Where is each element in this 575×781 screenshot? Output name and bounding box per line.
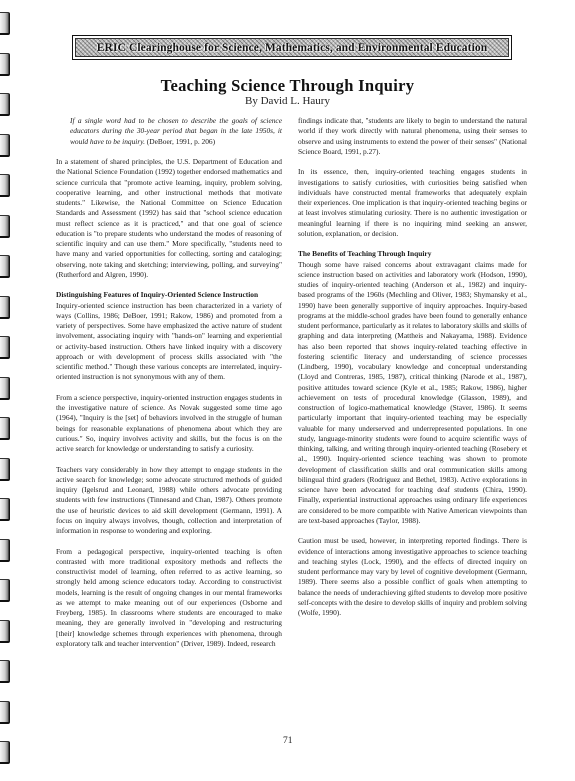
paragraph: Though some have raised concerns about e… bbox=[298, 260, 527, 525]
article-byline: By David L. Haury bbox=[0, 95, 575, 107]
paragraph: Caution must be used, however, in interp… bbox=[298, 536, 527, 618]
paragraph: In a statement of shared principles, the… bbox=[56, 157, 282, 280]
binding-tab-icon bbox=[0, 53, 10, 76]
left-column: If a single word had to be chosen to des… bbox=[56, 116, 282, 659]
paragraph: In its essence, then, inquiry-oriented t… bbox=[298, 167, 527, 239]
right-column: findings indicate that, "students are li… bbox=[298, 116, 527, 629]
epigraph: If a single word had to be chosen to des… bbox=[56, 116, 282, 147]
epigraph-citation: (DeBoer, 1991, p. 206) bbox=[147, 137, 215, 146]
binding-tab-icon bbox=[0, 701, 10, 724]
eric-banner: ERIC Clearinghouse for Science, Mathemat… bbox=[72, 35, 512, 60]
binding-tab-icon bbox=[0, 134, 10, 157]
binding-tab-icon bbox=[0, 336, 10, 359]
section-heading: The Benefits of Teaching Through Inquiry bbox=[298, 249, 527, 259]
binding-edge bbox=[0, 0, 12, 781]
paragraph: Inquiry-oriented science instruction has… bbox=[56, 301, 282, 382]
paragraph: Teachers vary considerably in how they a… bbox=[56, 465, 282, 537]
binding-tab-icon bbox=[0, 12, 10, 35]
binding-tab-icon bbox=[0, 458, 10, 481]
paragraph: findings indicate that, "students are li… bbox=[298, 116, 527, 157]
page-number: 71 bbox=[283, 736, 293, 746]
binding-tab-icon bbox=[0, 660, 10, 683]
binding-tab-icon bbox=[0, 296, 10, 319]
banner-text: ERIC Clearinghouse for Science, Mathemat… bbox=[97, 42, 487, 54]
binding-tab-icon bbox=[0, 620, 10, 643]
binding-tab-icon bbox=[0, 255, 10, 278]
article-title: Teaching Science Through Inquiry bbox=[0, 76, 575, 96]
paragraph: From a pedagogical perspective, inquiry-… bbox=[56, 547, 282, 650]
paragraph: From a science perspective, inquiry-orie… bbox=[56, 393, 282, 455]
binding-tab-icon bbox=[0, 417, 10, 440]
section-benefits: The Benefits of Teaching Through Inquiry… bbox=[298, 249, 527, 526]
binding-tab-icon bbox=[0, 377, 10, 400]
section-heading: Distinguishing Features of Inquiry-Orien… bbox=[56, 290, 282, 300]
section-distinguishing-features: Distinguishing Features of Inquiry-Orien… bbox=[56, 290, 282, 382]
binding-tab-icon bbox=[0, 215, 10, 238]
binding-tab-icon bbox=[0, 498, 10, 521]
binding-tab-icon bbox=[0, 174, 10, 197]
banner-pattern: ERIC Clearinghouse for Science, Mathemat… bbox=[75, 38, 509, 57]
binding-tab-icon bbox=[0, 741, 10, 764]
binding-tab-icon bbox=[0, 539, 10, 562]
binding-tab-icon bbox=[0, 579, 10, 602]
